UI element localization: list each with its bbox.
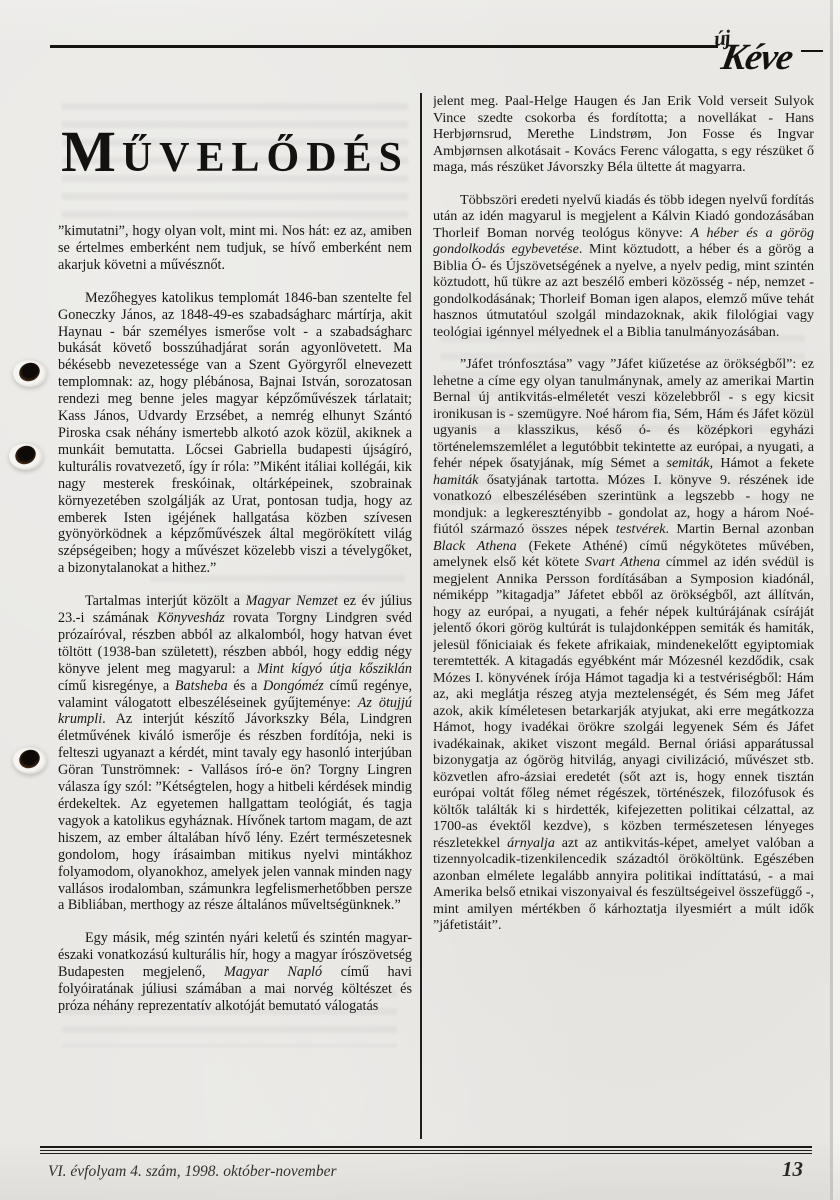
paragraph: ”kimutatni”, hogy olyan volt, mint mi. N… bbox=[58, 223, 412, 274]
paragraph: Mezőhegyes katolikus templomát 1846-ban … bbox=[58, 290, 412, 577]
paragraph: Tartalmas interjút közölt a Magyar Nemze… bbox=[58, 593, 412, 914]
page-edge bbox=[833, 0, 840, 1200]
masthead-logo: új Kéve bbox=[706, 22, 824, 84]
paragraph: Egy másik, még szintén nyári keletű és s… bbox=[58, 930, 412, 1015]
paragraph: Többszöri eredeti nyelvű kiadás és több … bbox=[433, 192, 814, 341]
left-column-text: ”kimutatni”, hogy olyan volt, mint mi. N… bbox=[58, 223, 412, 1015]
punch-hole bbox=[13, 359, 47, 387]
paragraph: ”Jáfet trónfosztása” vagy ”Jáfet kiűzeté… bbox=[433, 356, 814, 934]
footer-rule bbox=[40, 1146, 812, 1154]
masthead-rule bbox=[50, 45, 718, 48]
logo-dash bbox=[801, 50, 823, 52]
right-column-text: jelent meg. Paal-Helge Haugen és Jan Eri… bbox=[433, 93, 814, 934]
paragraph: jelent meg. Paal-Helge Haugen és Jan Eri… bbox=[433, 93, 814, 176]
column-divider bbox=[420, 93, 422, 1139]
section-title-rest: ŰVELŐDÉS bbox=[122, 135, 409, 181]
logo-name: Kéve bbox=[718, 36, 796, 79]
punch-hole bbox=[13, 746, 47, 774]
footer-issue: VI. évfolyam 4. szám, 1998. október-nove… bbox=[48, 1163, 337, 1181]
section-title: MŰVELŐDÉS bbox=[58, 123, 412, 181]
page-number: 13 bbox=[782, 1157, 803, 1182]
punch-hole bbox=[9, 442, 43, 470]
left-column: MŰVELŐDÉS ”kimutatni”, hogy olyan volt, … bbox=[58, 93, 412, 1141]
section-title-initial: M bbox=[61, 119, 122, 184]
right-column: jelent meg. Paal-Helge Haugen és Jan Eri… bbox=[433, 93, 814, 1141]
page: új Kéve MŰVELŐDÉS ”kimutatni”, hogy olya… bbox=[0, 0, 840, 1200]
